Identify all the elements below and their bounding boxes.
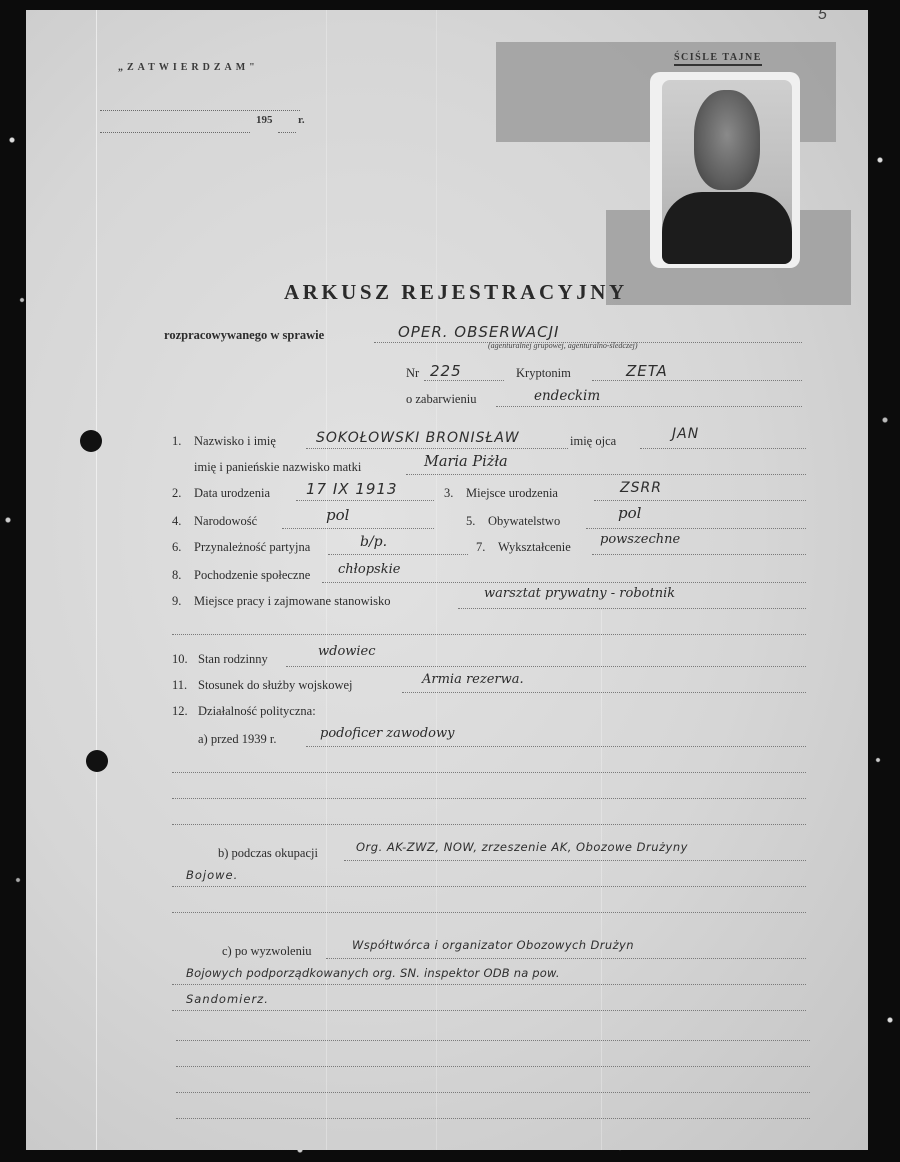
field-10-num: 10. — [172, 652, 188, 667]
blank-rule-4 — [176, 1118, 810, 1119]
field-12b-line2: Bojowe. — [186, 868, 238, 882]
field-3-label: Miejsce urodzenia — [466, 486, 558, 501]
blank-rule-3 — [176, 1092, 810, 1093]
signature-line — [100, 110, 300, 111]
father-value: JAN — [672, 426, 699, 442]
field-10-rule — [286, 666, 806, 667]
year-line — [278, 132, 296, 133]
father-rule — [640, 448, 806, 449]
registration-sheet: 5 „ZATWIERDZAM" 195 r. ŚCIŚLE TAJNE ARKU… — [26, 10, 868, 1150]
case-value: OPER. OBSERWACJI — [398, 323, 559, 341]
field-12b-rule-2 — [172, 886, 806, 887]
nr-value: 225 — [430, 362, 462, 380]
field-12a-rule-2 — [172, 772, 806, 773]
field-12a-value: podoficer zawodowy — [320, 726, 454, 741]
nr-rule — [424, 380, 504, 381]
photo-body — [662, 192, 792, 264]
year-suffix: r. — [298, 114, 305, 126]
field-12c-line1: Współtwórca i organizator Obozowych Druż… — [352, 938, 634, 952]
field-3-num: 3. — [444, 486, 453, 501]
field-12b-line1: Org. AK-ZWZ, NOW, zrzeszenie AK, Obozowe… — [356, 840, 688, 854]
field-7-value: powszechne — [600, 532, 680, 547]
field-9-num: 9. — [172, 594, 181, 609]
field-11-num: 11. — [172, 678, 187, 693]
field-8-value: chłopskie — [338, 562, 400, 577]
field-12c-line2: Bojowych podporządkowanych org. SN. insp… — [186, 966, 560, 980]
subject-photo — [650, 72, 800, 268]
field-9-rule-2 — [172, 634, 806, 635]
punch-hole — [86, 750, 108, 772]
field-12c-label: c) po wyzwoleniu — [222, 944, 312, 959]
field-3-rule — [594, 500, 806, 501]
field-11-label: Stosunek do służby wojskowej — [198, 678, 353, 693]
field-12c-rule-2 — [172, 984, 806, 985]
codename-value: ZETA — [626, 362, 668, 380]
field-4-rule — [282, 528, 434, 529]
field-12b-rule — [344, 860, 806, 861]
field-5-label: Obywatelstwo — [488, 514, 560, 529]
field-12b-rule-3 — [172, 912, 806, 913]
approval-stamp: „ZATWIERDZAM" — [118, 62, 259, 73]
film-scratch — [601, 610, 602, 1150]
field-3-value: ZSRR — [620, 480, 662, 496]
field-10-value: wdowiec — [318, 644, 376, 659]
father-label: imię ojca — [570, 434, 616, 449]
date-line — [100, 132, 250, 133]
field-12c-line3: Sandomierz. — [186, 992, 269, 1006]
field-6-value: b/p. — [360, 534, 387, 550]
field-10-label: Stan rodzinny — [198, 652, 268, 667]
field-12c-rule-3 — [172, 1010, 806, 1011]
field-12-num: 12. — [172, 704, 188, 719]
mother-rule — [406, 474, 806, 475]
field-12c-rule — [326, 958, 806, 959]
coloring-rule — [496, 406, 802, 407]
punch-hole — [80, 430, 102, 452]
field-7-rule — [592, 554, 806, 555]
field-7-num: 7. — [476, 540, 485, 555]
field-9-rule — [458, 608, 806, 609]
field-8-label: Pochodzenie społeczne — [194, 568, 310, 583]
coloring-value: endeckim — [534, 388, 600, 404]
mother-label: imię i panieńskie nazwisko matki — [194, 460, 361, 475]
nr-label: Nr — [406, 366, 419, 381]
field-2-rule — [296, 500, 434, 501]
page-number: 5 — [818, 10, 827, 24]
field-4-label: Narodowość — [194, 514, 257, 529]
field-1-num: 1. — [172, 434, 181, 449]
field-1-value: SOKOŁOWSKI BRONISŁAW — [316, 430, 520, 446]
year-prefix: 195 — [256, 114, 273, 126]
field-9-value: warsztat prywatny - robotnik — [484, 586, 675, 601]
field-5-value: pol — [618, 504, 641, 522]
field-12a-rule — [306, 746, 806, 747]
blank-rule-2 — [176, 1066, 810, 1067]
field-9-label: Miejsce pracy i zajmowane stanowisko — [194, 594, 390, 609]
field-12a-label: a) przed 1939 r. — [198, 732, 276, 747]
field-11-rule — [402, 692, 806, 693]
case-caption: (agenturalnej grupowej, agenturalno-śled… — [488, 341, 638, 350]
field-5-num: 5. — [466, 514, 475, 529]
field-4-value: pol — [326, 506, 349, 524]
codename-label: Kryptonim — [516, 366, 571, 381]
mother-value: Maria Piżła — [424, 454, 508, 470]
film-scratch — [96, 10, 97, 1150]
field-11-value: Armia rezerwa. — [422, 672, 524, 687]
document-title: ARKUSZ REJESTRACYJNY — [284, 280, 628, 305]
classification-stamp: ŚCIŚLE TAJNE — [674, 52, 762, 66]
field-6-rule — [328, 554, 468, 555]
field-1-rule — [306, 448, 568, 449]
field-8-rule — [322, 582, 806, 583]
field-2-num: 2. — [172, 486, 181, 501]
coloring-label: o zabarwieniu — [406, 392, 476, 407]
field-12a-rule-4 — [172, 824, 806, 825]
blank-rule-1 — [176, 1040, 810, 1041]
field-1-label: Nazwisko i imię — [194, 434, 276, 449]
field-7-label: Wykształcenie — [498, 540, 571, 555]
field-2-value: 17 IX 1913 — [306, 480, 398, 498]
field-6-label: Przynależność partyjna — [194, 540, 310, 555]
field-12a-rule-3 — [172, 798, 806, 799]
field-12b-label: b) podczas okupacji — [218, 846, 318, 861]
field-5-rule — [586, 528, 806, 529]
field-8-num: 8. — [172, 568, 181, 583]
field-12-label: Działalność polityczna: — [198, 704, 316, 719]
field-2-label: Data urodzenia — [194, 486, 270, 501]
codename-rule — [592, 380, 802, 381]
case-label: rozpracowywanego w sprawie — [164, 328, 324, 343]
field-6-num: 6. — [172, 540, 181, 555]
photo-head — [694, 90, 760, 190]
field-4-num: 4. — [172, 514, 181, 529]
